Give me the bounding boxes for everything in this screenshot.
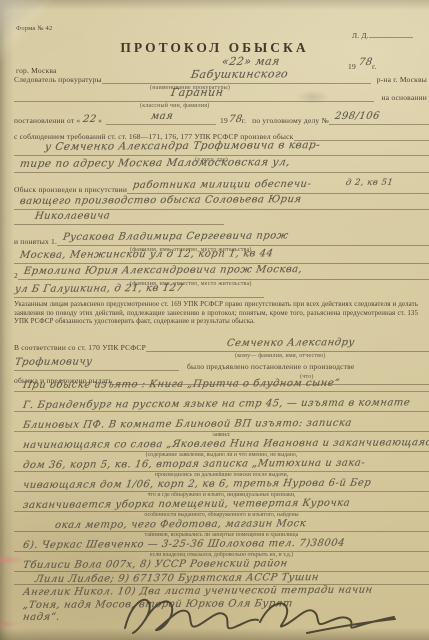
witness1-row-1: и понятых 1. Русакова Владимира Сергееви…: [14, 231, 429, 246]
target-row-2: тире по адресу Москва Маломосковская ул,: [14, 158, 429, 173]
seized-handwritten: Лили Лилбае; 9) 671370 Бурятская АССР Ту…: [34, 572, 320, 586]
presence-row-3: Николаевича: [14, 210, 429, 225]
seized-row: заканчивается уборка помещений, четверта…: [14, 498, 429, 518]
signature-investigator: [115, 588, 265, 638]
seized-row: Лили Лилбае; 9) 671370 Бурятская АССР Ту…: [14, 572, 429, 586]
presence-line-3: Николаевича: [14, 206, 224, 225]
seized-handwritten: При обыске изъято : Книга „Притча о блуд…: [22, 378, 341, 393]
target-handwritten-2: тире по адресу Москва Маломосковская ул,: [19, 156, 291, 170]
witness1-line-1: Русакова Владимира Сергеевича прож: [57, 227, 429, 246]
resolution-year-typed: 19: [220, 116, 228, 125]
witness1-handwritten-2: Москва, Менжинской ул д 12, корп 1, кв 4…: [19, 248, 274, 261]
seized-handwritten: Г. Бранденбург на русском языке на стр 4…: [22, 397, 411, 412]
seized-items-block: При обыске изъято : Книга „Притча о блуд…: [14, 378, 429, 623]
witness1-handwritten-1: Русакова Владимира Сергеевича прож: [62, 230, 289, 243]
prosecutor-office-handwritten: Бабушкинского: [190, 67, 289, 81]
seized-row: 6). Черкас Шевченко — 3-25-36 Шолохова т…: [14, 538, 429, 558]
presentation-prefix: В соответствии со ст. 170 УПК РСФСР: [14, 343, 146, 352]
case-number-line: 298/106: [329, 106, 429, 125]
presence-handwritten-1: работника милиции обеспечи-: [132, 179, 312, 191]
district-label: р-на г. Москвы: [371, 75, 429, 84]
seized-row: Блиновых ПФ. В комнате Блиновой ВП изъят…: [14, 418, 429, 438]
presentation-row-2: Трофимовичу было предъявлено постановлен…: [14, 356, 429, 371]
resolution-row: постановлении от « 22 » мая 19 78 г. по …: [14, 111, 429, 125]
seized-row: дом 36, корп 5, кв. 16, вторая записка „…: [14, 458, 429, 478]
witness2-handwritten-2: ул Б Галушкина, д 21, кв 127: [14, 283, 184, 295]
ld-blank-line: [369, 37, 413, 38]
investigator-name-line: Гаранин: [14, 83, 374, 102]
resolution-year-handwritten: 78: [228, 114, 243, 125]
seized-handwritten: заканчивается уборка помещений, четверта…: [22, 498, 351, 513]
seized-handwritten: чивающаяся дом 1/06, корп 2, кв 6, треть…: [22, 478, 372, 493]
seized-row: При обыске изъято : Книга „Притча о блуд…: [14, 378, 429, 398]
witness2-row-2: ул Б Галушкина, д 21, кв 127: [14, 283, 429, 298]
presentation-row-1: В соответствии со ст. 170 УПК РСФСР Семч…: [14, 337, 429, 352]
witness2-line-1: Ермолина Юрия Александровича прож Москва…: [18, 261, 429, 280]
resolution-month-line: мая: [106, 106, 216, 125]
seized-handwritten: надя“.: [22, 612, 61, 625]
whom2-handwritten: Трофимовичу: [14, 356, 93, 368]
case-label: по уголовному делу №: [252, 116, 329, 125]
seized-row: окал метро, чего Федотова, магазин Москт…: [14, 518, 429, 538]
investigator-name-handwritten: Гаранин: [170, 86, 225, 99]
basis-label: на основании: [374, 93, 429, 102]
presentation-suffix-1: было предъявлено постановление о произво…: [179, 362, 354, 371]
seized-handwritten: Блиновых ПФ. В комнате Блиновой ВП изъят…: [22, 418, 353, 433]
whom2-line: Трофимовичу: [14, 352, 179, 371]
rights-paragraph: Указанным лицам разъяснено предусмотренн…: [14, 301, 418, 327]
resolution-day-handwritten: 22: [82, 114, 97, 125]
seized-row: Тбилиси Вола 007х, 8) УССР Ровенский рай…: [14, 558, 429, 572]
seized-handwritten: дом 36, корп 5, кв. 16, вторая записка „…: [22, 458, 366, 473]
page-title: ПРОТОКОЛ ОБЫСКА: [0, 40, 429, 56]
signature-witness: [252, 592, 397, 637]
seized-row: Г. Бранденбург на русском языке на стр 4…: [14, 398, 429, 418]
seized-row: чивающаяся дом 1/06, корп 2, кв 6, треть…: [14, 478, 429, 498]
investigator-row: Следователь прокуратуры Бабушкинского р-…: [14, 70, 429, 84]
resolution-month-handwritten: мая: [150, 111, 174, 122]
target-handwritten-1: у Семченко Александра Трофимовича в квар…: [44, 139, 321, 153]
whom-handwritten: Семченко Александру: [226, 337, 356, 349]
scanned-search-protocol-page: Форма № 42 Л. Д. ПРОТОКОЛ ОБЫСКА гор. Мо…: [0, 0, 429, 640]
seized-handwritten: Тбилиси Вола 007х, 8) УССР Ровенский рай…: [22, 558, 288, 572]
target-line-2: тире по адресу Москва Маломосковская ул,: [14, 154, 429, 173]
ld-label: Л. Д.: [352, 31, 369, 40]
form-number: Форма № 42: [16, 25, 52, 32]
seized-handwritten: окал метро, чего Федотова, магазин Моск: [54, 518, 307, 532]
witness2-handwritten-1: Ермолина Юрия Александровича прож Москва…: [23, 264, 303, 277]
witness2-row-1: 2 Ермолина Юрия Александровича прож Моск…: [14, 265, 429, 280]
prosecutor-office-line: Бабушкинского: [102, 65, 371, 84]
resolution-prefix: постановлении от «: [14, 116, 80, 125]
seized-handwritten: начинающаяся со слова „Яковлева Нина Ива…: [22, 437, 429, 452]
presence-handwritten-3: Николаевича: [34, 210, 111, 222]
case-number-handwritten: 298/106: [334, 111, 381, 122]
investigator-name-row: Гаранин на основании: [14, 88, 429, 102]
witness2-line-2: ул Б Галушкина, д 21, кв 127: [14, 279, 264, 298]
seized-handwritten: 6). Черкас Шевченко — 3-25-36 Шолохова т…: [22, 538, 346, 553]
whom-line: Семченко Александру: [146, 333, 429, 352]
resolution-quote: »: [98, 116, 102, 125]
seized-row: начинающаяся со слова „Яковлева Нина Ива…: [14, 438, 429, 458]
